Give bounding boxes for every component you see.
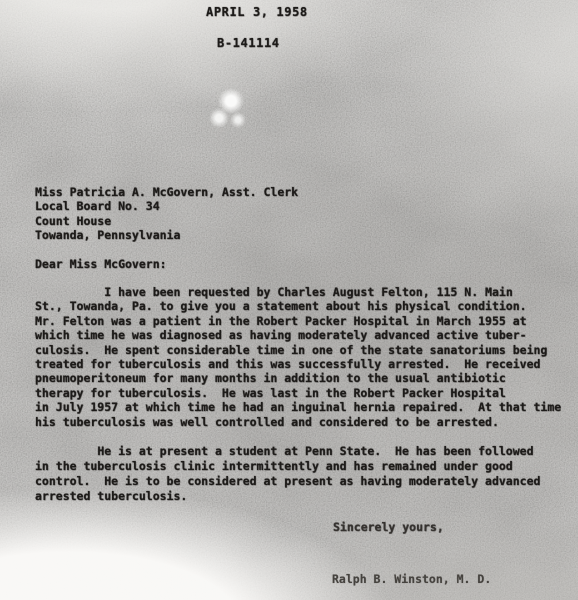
letter-date: APRIL 3, 1958: [206, 5, 308, 19]
salutation: Dear Miss McGovern:: [35, 257, 167, 271]
signature-name: Ralph B. Winston, M. D.: [332, 572, 491, 586]
body-paragraph-2: He is at present a student at Penn State…: [35, 444, 578, 504]
body-paragraph-1: I have been requested by Charles August …: [35, 285, 578, 429]
reference-number: B-141114: [217, 36, 280, 50]
closing-phrase: Sincerely yours,: [333, 520, 444, 534]
scanned-letter-page: APRIL 3, 1958 B-141114 Miss Patricia A. …: [0, 0, 578, 600]
recipient-address: Miss Patricia A. McGovern, Asst. Clerk L…: [35, 185, 298, 242]
